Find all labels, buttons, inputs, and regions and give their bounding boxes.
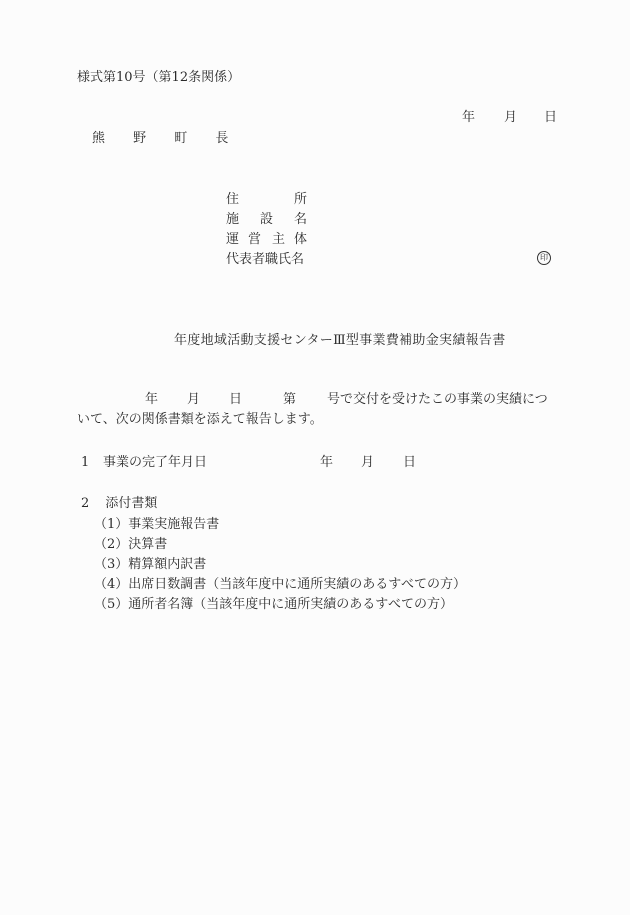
- date-month-label: 月: [504, 109, 517, 127]
- seal-icon: 印: [537, 251, 551, 265]
- operator-label: 運 営 主 体: [226, 231, 316, 249]
- item-number: 1: [81, 454, 89, 472]
- facility-name-label: 施 設 名: [226, 211, 316, 229]
- attachment-item: （5）通所者名簿（当該年度中に通所実績のあるすべての方）: [94, 596, 453, 614]
- attachment-item: （4）出席日数調書（当該年度中に通所実績のあるすべての方）: [94, 576, 466, 594]
- attachment-item: （2）決算書: [94, 536, 167, 554]
- date-year-label: 年: [462, 109, 475, 127]
- item-label: 事業の完了年月日: [103, 454, 207, 472]
- attachment-item: （1）事業実施報告書: [94, 516, 219, 534]
- attachment-item: （3）精算額内訳書: [94, 556, 206, 574]
- recipient: 熊 野 町 長: [92, 130, 240, 148]
- report-title: 年度地域活動支援センターⅢ型事業費補助金実績報告書: [174, 332, 506, 350]
- item-number: 2: [81, 496, 89, 511]
- body-paragraph-line2: いて、次の関係書類を添えて報告します。: [77, 411, 323, 429]
- item-label: 添付書類: [105, 496, 157, 511]
- date-day-label: 日: [544, 109, 557, 127]
- attachments-heading: 2 添付書類: [77, 495, 157, 513]
- form-number: 様式第10号（第12条関係）: [77, 69, 240, 87]
- address-label: 住 所: [226, 191, 316, 209]
- representative-label: 代表者職氏名: [226, 251, 316, 269]
